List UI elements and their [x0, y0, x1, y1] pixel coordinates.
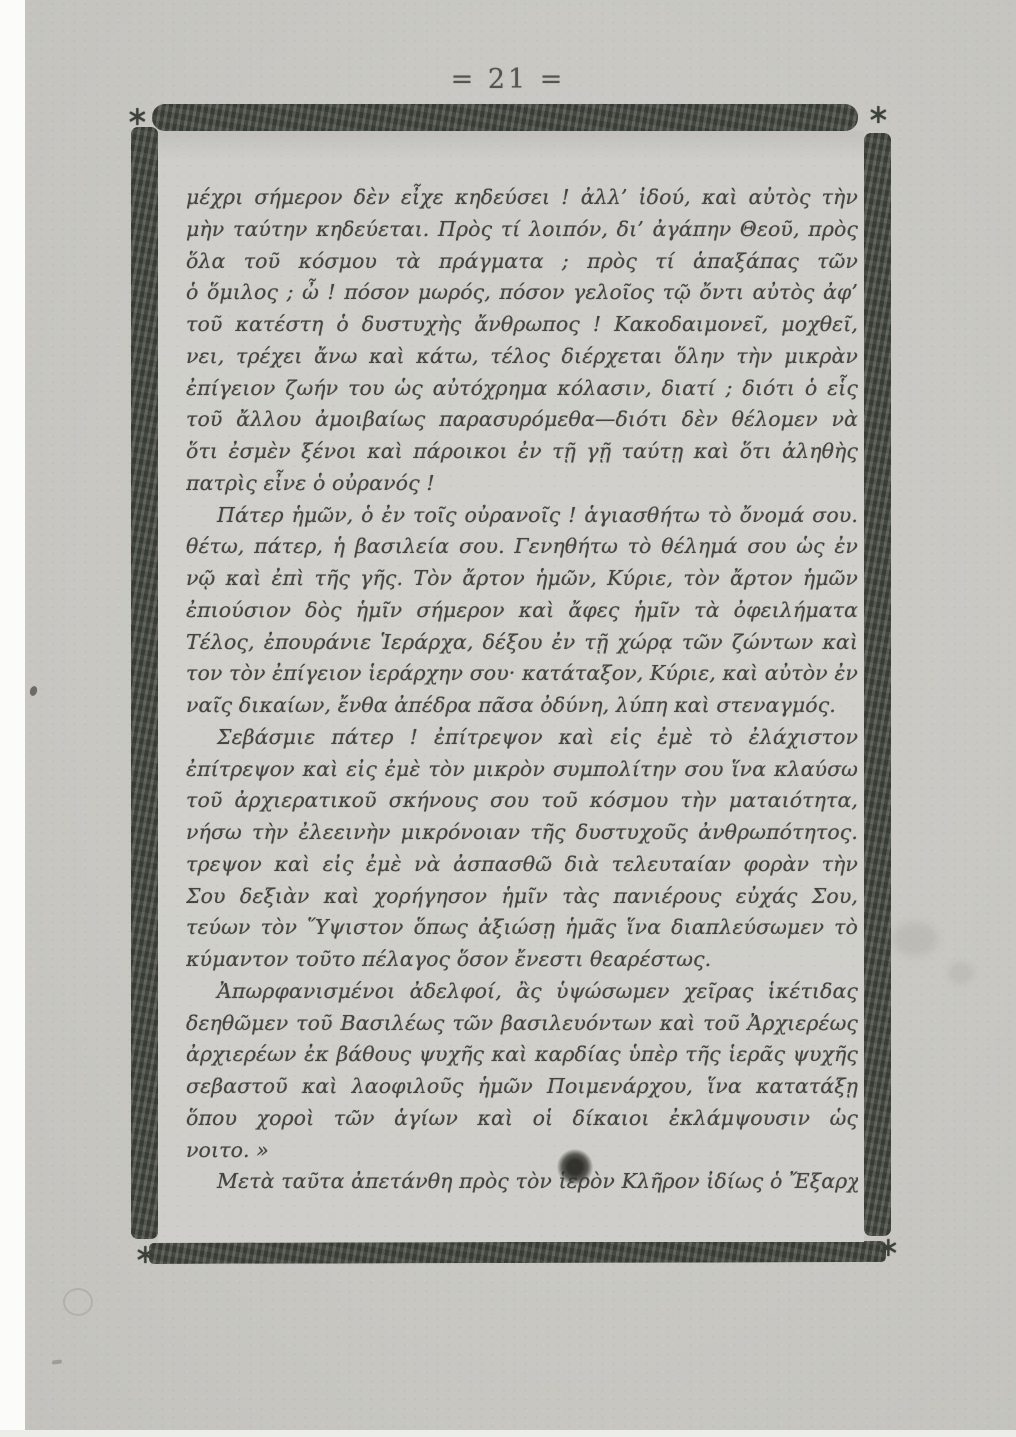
scanned-book-page: = 21 = ∗ ∗ ∗ ∗ μέχρι σήμερον δὲν εἶχε κη…: [0, 0, 1016, 1437]
text-line: Πάτερ ἡμῶν, ὁ ἐν τοῖς οὐρανοῖς ! ἁγιασθή…: [186, 500, 858, 532]
frame-bar-left: [131, 127, 158, 1239]
corner-asterisk-icon: ∗: [877, 1234, 900, 1261]
text-line: Τέλος, ἐπουράνιε Ἱεράρχα, δέξου ἐν τῇ χώ…: [186, 627, 858, 659]
paper-stain: [948, 962, 974, 984]
text-line: ναῖς δικαίων, ἔνθα ἀπέδρα πᾶσα ὀδύνη, λύ…: [186, 690, 858, 722]
text-line: νήσω τὴν ἐλεεινὴν μικρόνοιαν τῆς δυστυχο…: [186, 817, 858, 849]
ring-stain: [63, 1288, 93, 1316]
text-line: Ἀπωρφανισμένοι ἀδελφοί, ἂς ὑψώσωμεν χεῖρ…: [186, 976, 858, 1008]
text-line: θέτω, πάτερ, ἡ βασιλεία σου. Γενηθήτω τὸ…: [186, 531, 858, 563]
text-line: τοῦ ἀρχιερατικοῦ σκήνους σου τοῦ κόσμου …: [186, 785, 858, 817]
text-line: Μετὰ ταῦτα ἀπετάνθη πρὸς τὸν ἱερὸν Κλῆρο…: [186, 1166, 858, 1198]
text-line: τοῦ ἄλλου ἀμοιβαίως παρασυρόμεθα—διότι δ…: [186, 404, 858, 436]
text-line: τοῦ κατέστη ὁ δυστυχὴς ἄνθρωπος ! Κακοδα…: [186, 309, 858, 341]
text-line: μέχρι σήμερον δὲν εἶχε κηδεύσει ! ἀλλ’ ἰ…: [186, 182, 858, 214]
text-line: τρεψον καὶ εἰς ἐμὲ νὰ ἀσπασθῶ διὰ τελευτ…: [186, 849, 858, 881]
text-line: πατρὶς εἶνε ὁ οὐρανός !: [186, 468, 858, 500]
text-line: ἀρχιερέων ἐκ βάθους ψυχῆς καὶ καρδίας ὑπ…: [186, 1039, 858, 1071]
text-line: ἐπίγειον ζωήν του ὡς αὐτόχρημα κόλασιν, …: [186, 373, 858, 405]
text-line: Σεβάσμιε πάτερ ! ἐπίτρεψον καὶ εἰς ἐμὲ τ…: [186, 722, 858, 754]
text-line: μὴν ταύτην κηδεύεται. Πρὸς τί λοιπόν, δι…: [186, 214, 858, 246]
text-line: νῷ καὶ ἐπὶ τῆς γῆς. Τὸν ἄρτον ἡμῶν, Κύρι…: [186, 563, 858, 595]
text-line: σεβαστοῦ καὶ λαοφιλοῦς ἡμῶν Ποιμενάρχου,…: [186, 1071, 858, 1103]
frame-bar-top: [152, 104, 858, 131]
text-line: ὅτι ἐσμὲν ξένοι καὶ πάροικοι ἐν τῇ γῇ τα…: [186, 436, 858, 468]
text-line: Σου δεξιὰν καὶ χορήγησον ἡμῖν τὰς πανιέρ…: [186, 881, 858, 913]
frame-bar-bottom: [149, 1241, 886, 1264]
corner-asterisk-icon: ∗: [867, 101, 890, 128]
frame-bar-right: [864, 133, 891, 1236]
text-line: ἐπιούσιον δὸς ἡμῖν σήμερον καὶ ἄφες ἡμῖν…: [186, 595, 858, 627]
text-line: τον τὸν ἐπίγειον ἱεράρχην σου· κατάταξον…: [186, 658, 858, 690]
text-line: ὁ ὅμιλος ; ὦ ! πόσον μωρός, πόσον γελοῖο…: [186, 277, 858, 309]
text-line: νει, τρέχει ἄνω καὶ κάτω, τέλος διέρχετα…: [186, 341, 858, 373]
text-line: δεηθῶμεν τοῦ Βασιλέως τῶν βασιλευόντων κ…: [186, 1008, 858, 1040]
scan-edge-left: [0, 0, 25, 1437]
paper-stain: [892, 922, 938, 956]
scan-edge-bottom: [0, 1430, 1016, 1437]
corner-asterisk-icon: ∗: [126, 103, 149, 130]
page-number: = 21 =: [408, 64, 608, 95]
text-line: ὅλα τοῦ κόσμου τὰ πράγματα ; πρὸς τί ἁπα…: [186, 246, 858, 278]
body-text: μέχρι σήμερον δὲν εἶχε κηδεύσει ! ἀλλ’ ἰ…: [186, 182, 858, 1198]
text-line: τεύων τὸν Ὕψιστον ὅπως ἀξιώσῃ ἡμᾶς ἵνα δ…: [186, 912, 858, 944]
text-line: ὅπου χοροὶ τῶν ἁγίων καὶ οἱ δίκαιοι ἐκλά…: [186, 1103, 858, 1135]
ink-blot: [557, 1149, 593, 1185]
text-line: ἐπίτρεψον καὶ εἰς ἐμὲ τὸν μικρὸν συμπολί…: [186, 754, 858, 786]
text-line: κύμαντον τοῦτο πέλαγος ὅσον ἔνεστι θεαρέ…: [186, 944, 858, 976]
text-line: νοιτο. »: [186, 1135, 858, 1167]
corner-asterisk-icon: ∗: [134, 1241, 157, 1268]
